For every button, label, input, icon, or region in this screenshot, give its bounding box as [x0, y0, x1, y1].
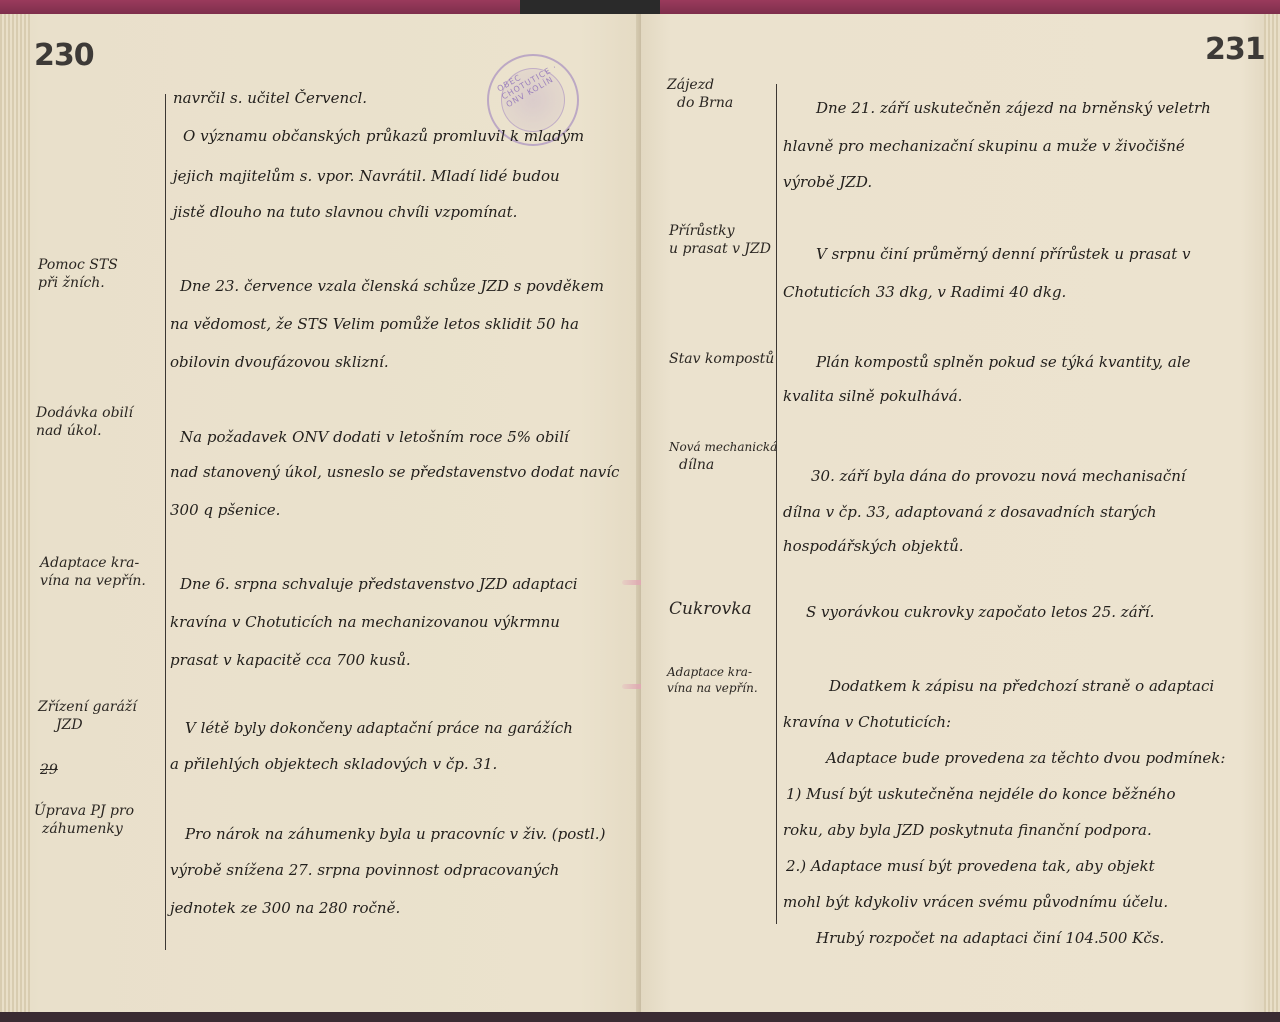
margin-note-line: Dodávka obilí: [36, 404, 133, 422]
text-line: Hrubý rozpočet na adaptaci činí 104.500 …: [816, 928, 1164, 948]
page-number-left: 230: [34, 38, 94, 73]
margin-note-line: při žních.: [38, 274, 118, 292]
margin-note-line: vína na vepřín.: [667, 680, 758, 696]
text-line: hlavně pro mechanizační skupinu a muže v…: [783, 136, 1185, 156]
text-line: jednotek ze 300 na 280 ročně.: [170, 898, 400, 918]
margin-note-line: Stav kompostů: [669, 350, 774, 368]
margin-note-nova-dilna: Nová mechanická dílna: [669, 438, 777, 474]
text-line: obilovin dvoufázovou sklizní.: [170, 352, 389, 372]
margin-note-line: Nová mechanická: [669, 438, 777, 456]
margin-note-line: Úprava PJ pro: [34, 802, 134, 820]
margin-note-line: Zájezd: [667, 76, 733, 94]
text-line: 300 q pšenice.: [170, 500, 280, 520]
page-edges-left: [0, 14, 30, 1014]
margin-note-line: vína na vepřín.: [40, 572, 146, 590]
margin-note-prirustky-prasat: Přírůstky u prasat v JZD: [669, 222, 771, 258]
text-line: kravína v Chotuticích:: [783, 712, 951, 732]
page-number-right: 231: [1205, 32, 1265, 67]
text-line: 30. září byla dána do provozu nová mecha…: [811, 466, 1186, 486]
margin-rule-left: [165, 94, 166, 950]
text-line: navrčil s. učitel Červencl.: [173, 88, 367, 108]
margin-note-stav-kompostu: Stav kompostů: [669, 350, 774, 368]
text-line: prasat v kapacitě cca 700 kusů.: [170, 650, 411, 670]
text-line: V létě byly dokončeny adaptační práce na…: [185, 718, 573, 738]
text-line: Dne 21. září uskutečněn zájezd na brněns…: [816, 98, 1211, 118]
text-line: Dne 23. července vzala členská schůze JZ…: [180, 276, 604, 296]
text-line: Plán kompostů splněn pokud se týká kvant…: [816, 352, 1191, 372]
text-line: na vědomost, že STS Velim pomůže letos s…: [170, 314, 579, 334]
margin-note-cukrovka: Cukrovka: [669, 600, 752, 618]
text-line: výrobě JZD.: [783, 172, 872, 192]
text-line: kvalita silně pokulhává.: [783, 386, 962, 406]
margin-note-zrizeni-garazi: Zřízení garáží JZD: [38, 698, 137, 734]
text-line: jistě dlouho na tuto slavnou chvíli vzpo…: [173, 202, 517, 222]
open-ledger-book: 230 OBEC CHOTUTICE · ONV KOLÍN navrčil s…: [0, 0, 1280, 1022]
margin-note-zajezd-do-brna: Zájezd do Brna: [667, 76, 733, 112]
margin-note-line: Pomoc STS: [38, 256, 118, 274]
text-line: dílna v čp. 33, adaptovaná z dosavadních…: [783, 502, 1157, 522]
text-line: Dne 6. srpna schvaluje představenstvo JZ…: [180, 574, 578, 594]
margin-note-line: Přírůstky: [669, 222, 771, 240]
margin-note-line: záhumenky: [34, 820, 134, 838]
text-line: a přilehlých objektech skladových v čp. …: [170, 754, 497, 774]
text-line: výrobě snížena 27. srpna povinnost odpra…: [170, 860, 559, 880]
text-line: V srpnu činí průměrný denní přírůstek u …: [816, 244, 1190, 264]
margin-note-line: nad úkol.: [36, 422, 133, 440]
text-line: Na požadavek ONV dodati v letošním roce …: [180, 427, 569, 447]
margin-note-line: u prasat v JZD: [669, 240, 771, 258]
right-page: 231 Zájezd do Brna Dne 21. září uskutečn…: [641, 14, 1280, 1014]
margin-note-adaptace-kravina: Adaptace kra- vína na vepřín.: [40, 554, 146, 590]
struck-out-number: 29: [40, 762, 58, 778]
text-line: nad stanovený úkol, usneslo se představe…: [170, 462, 619, 482]
text-line: Pro nárok na záhumenky byla u pracovníc …: [185, 824, 605, 844]
text-line: Dodatkem k zápisu na předchozí straně o …: [829, 676, 1214, 696]
left-page: 230 OBEC CHOTUTICE · ONV KOLÍN navrčil s…: [0, 14, 641, 1014]
text-line: S vyorávkou cukrovky započato letos 25. …: [806, 602, 1154, 622]
margin-note-line: dílna: [669, 456, 777, 474]
text-line: roku, aby byla JZD poskytnuta finanční p…: [783, 820, 1152, 840]
margin-note-line: Cukrovka: [669, 600, 752, 618]
book-cover-bottom: [0, 1012, 1280, 1022]
page-edges-right: [1264, 14, 1280, 1014]
text-line: 1) Musí být uskutečněna nejdéle do konce…: [786, 784, 1176, 804]
margin-rule-right: [776, 84, 777, 924]
text-line: O významu občanských průkazů promluvil k…: [183, 126, 584, 146]
text-line: 2.) Adaptace musí být provedena tak, aby…: [786, 856, 1155, 876]
text-line: Chotuticích 33 dkg, v Radimi 40 dkg.: [783, 282, 1066, 302]
margin-note-line: Adaptace kra-: [40, 554, 146, 572]
text-line: Adaptace bude provedena za těchto dvou p…: [826, 748, 1225, 768]
text-line: hospodářských objektů.: [783, 536, 964, 556]
text-line: kravína v Chotuticích na mechanizovanou …: [170, 612, 560, 632]
margin-note-line: do Brna: [667, 94, 733, 112]
margin-note-dodavka-obili: Dodávka obilí nad úkol.: [36, 404, 133, 440]
text-line: jejich majitelům s. vpor. Navrátil. Mlad…: [173, 166, 560, 186]
margin-note-line: Adaptace kra-: [667, 664, 758, 680]
margin-note-uprava-pj: Úprava PJ pro záhumenky: [34, 802, 134, 838]
margin-note-pomoc-sts: Pomoc STS při žních.: [38, 256, 118, 292]
text-line: mohl být kdykoliv vrácen svému původnímu…: [783, 892, 1168, 912]
margin-note-line: JZD: [38, 716, 137, 734]
margin-note-line: Zřízení garáží: [38, 698, 137, 716]
margin-note-adaptace-dodatek: Adaptace kra- vína na vepřín.: [667, 664, 758, 696]
